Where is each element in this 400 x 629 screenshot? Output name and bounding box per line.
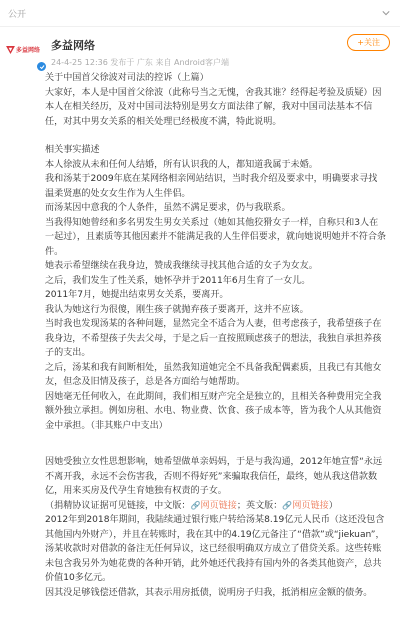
avatar[interactable]: 多益网络 (6, 35, 42, 71)
brand-logo: 多益网络 (6, 45, 42, 54)
paragraph: 因其没足够钱偿还借款，其表示用房抵债，说明房子归我，抵消相应金额的债务。 (45, 586, 386, 601)
account-meta: 多益网络 24-4-25 12:36 发布于 广东 来自 Android客户端 (51, 35, 392, 71)
paragraph: 之后，汤某和我有间断相处，虽然我知道她完全不具备我配偶素质，且我已有其他女友，但… (45, 361, 386, 390)
post-date: 24-4-25 12:36 (51, 58, 108, 67)
link-icon: 🔗 (282, 501, 292, 510)
logo-mark-icon (6, 46, 15, 54)
web-link-chinese[interactable]: 网页链接 (200, 501, 236, 511)
paragraph: 她表示希望继续在我身边，赞成我继续寻找其他合适的女子为女友。 (45, 259, 386, 274)
section-title: 相关事实描述 (45, 143, 386, 158)
post-title: 关于中国首父徐波对司法的控诉（上篇） (45, 71, 386, 86)
paragraph: 本人徐波从未和任何人结婚，所有认识我的人，都知道我属于未婚。 (45, 158, 386, 173)
post-source: 来自 Android客户端 (155, 58, 228, 67)
logo-text: 多益网络 (16, 45, 40, 54)
paragraph: 我和汤某于2009年底在某网络相亲网站结识，当时我介绍及要求中，明确要求寻找温柔… (45, 172, 386, 201)
paragraph: 当时我也发现汤某的各种问题，显然完全不适合为人妻，但考虑孩子，我希望孩子在我身边… (45, 317, 386, 361)
top-bar: 公开 (0, 0, 400, 27)
paragraph: 我认为她这行为很傻，刚生孩子就抛弃孩子要离开，这并不应该。 (45, 303, 386, 318)
chevron-down-icon[interactable] (382, 9, 390, 17)
account-name[interactable]: 多益网络 (51, 37, 392, 53)
intro-paragraph: 大家好，本人是中国首父徐波（此称号当之无愧，舍我其谁？经得起考验及质疑）因本人在… (45, 86, 386, 130)
evidence-line: （捐精协议证据可见链接，中文版：🔗网页链接；英文版：🔗网页链接） (45, 499, 386, 514)
web-link-english[interactable]: 网页链接 (292, 501, 328, 511)
paragraph: 而汤某因中意我的个人条件，虽然不满足要求，仍与我联系。 (45, 201, 386, 216)
paragraph: 当我得知她曾经和多名男发生男女关系过（她如其他狡猾女子一样，自称只和3人在一起过… (45, 216, 386, 260)
post-content: 关于中国首父徐波对司法的控诉（上篇） 大家好，本人是中国首父徐波（此称号当之无愧… (0, 71, 400, 600)
evidence-suffix: ） (329, 501, 338, 511)
verified-badge-icon (36, 61, 47, 72)
paragraph: 2012年到2018年期间，我陆续通过银行账户转给汤某8.19亿元人民币（这还没… (45, 513, 386, 586)
follow-button[interactable]: +关注 (347, 34, 390, 51)
paragraph: 因她受独立女性思想影响，她希望做单亲妈妈，于是与我沟通，2012年她宣誓“永远不… (45, 455, 386, 499)
visibility-label: 公开 (8, 7, 26, 20)
paragraph: 因她毫无任何收入，在此期间，我们相互财产完全是独立的，且相关各种费用完全我额外独… (45, 390, 386, 434)
evidence-prefix: （捐精协议证据可见链接，中文版： (45, 501, 191, 511)
post-location: 发布于 广东 (110, 58, 153, 67)
post-info: 24-4-25 12:36 发布于 广东 来自 Android客户端 (51, 57, 392, 68)
post-header: 多益网络 多益网络 24-4-25 12:36 发布于 广东 来自 Androi… (0, 27, 400, 71)
paragraph: 之后，我们发生了性关系，她怀孕并于2011年6月生育了一女儿。 (45, 274, 386, 289)
link-icon: 🔗 (191, 501, 201, 510)
paragraph: 2011年7月，她提出结束男女关系，要离开。 (45, 288, 386, 303)
evidence-middle: ；英文版： (237, 501, 282, 511)
